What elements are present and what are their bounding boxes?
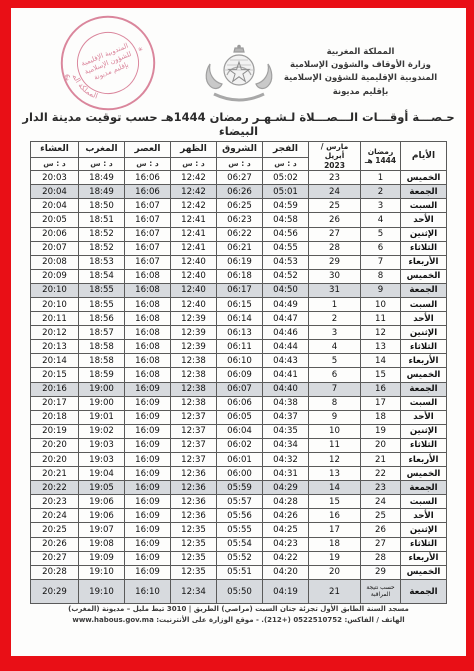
dhuhr-cell: 12:37 — [171, 453, 217, 467]
subheader-fajr: د : س — [263, 157, 309, 170]
sunrise-cell: 06:19 — [217, 255, 263, 269]
fajr-cell: 04:28 — [263, 495, 309, 509]
header-dhuhr: الظهر — [171, 142, 217, 158]
maghrib-cell: 19:04 — [79, 467, 125, 481]
date-cell: 10 — [309, 424, 361, 438]
asr-cell: 16:08 — [125, 297, 171, 311]
dhuhr-cell: 12:39 — [171, 326, 217, 340]
day-cell: الإثنين — [401, 424, 447, 438]
subheader-sunrise: د : س — [217, 157, 263, 170]
asr-cell: 16:09 — [125, 481, 171, 495]
subheader-maghrib: د : س — [79, 157, 125, 170]
fajr-cell: 04:40 — [263, 382, 309, 396]
ramadan-cell: 28 — [361, 551, 401, 565]
maghrib-cell: 19:05 — [79, 481, 125, 495]
isha-cell: 20:03 — [31, 171, 79, 185]
ramadan-cell: 8 — [361, 269, 401, 283]
table-row: الإثنين52704:5606:2212:4116:0718:5220:06 — [31, 227, 447, 241]
day-cell: الثلاثاء — [401, 241, 447, 255]
ramadan-cell: 27 — [361, 537, 401, 551]
table-row: الأحد251604:2605:5612:3616:0919:0620:24 — [31, 509, 447, 523]
table-row: السبت10104:4906:1512:4016:0818:5520:10 — [31, 297, 447, 311]
ramadan-cell: 6 — [361, 241, 401, 255]
dhuhr-cell: 12:40 — [171, 297, 217, 311]
table-row: الخميس221304:3106:0012:3616:0919:0420:21 — [31, 467, 447, 481]
ramadan-cell: 2 — [361, 185, 401, 199]
sunrise-cell: 06:11 — [217, 340, 263, 354]
coat-of-arms-icon — [194, 44, 284, 106]
day-cell: الأحد — [401, 410, 447, 424]
ramadan-cell: 16 — [361, 382, 401, 396]
date-cell: 17 — [309, 523, 361, 537]
table-row: الأحد11204:4706:1412:3916:0818:5620:11 — [31, 312, 447, 326]
date-cell: 29 — [309, 255, 361, 269]
asr-cell: 16:09 — [125, 537, 171, 551]
dhuhr-cell: 12:41 — [171, 227, 217, 241]
day-cell: الجمعة — [401, 481, 447, 495]
table-row: السبت241504:2805:5712:3616:0919:0620:23 — [31, 495, 447, 509]
day-cell: السبت — [401, 297, 447, 311]
ramadan-cell: 26 — [361, 523, 401, 537]
ramadan-cell: 11 — [361, 312, 401, 326]
dhuhr-cell: 12:38 — [171, 368, 217, 382]
maghrib-cell: 18:52 — [79, 227, 125, 241]
sunrise-cell: 06:06 — [217, 396, 263, 410]
date-cell: 8 — [309, 396, 361, 410]
table-row: الجمعة16704:4006:0712:3816:0919:0020:16 — [31, 382, 447, 396]
dhuhr-cell: 12:36 — [171, 495, 217, 509]
isha-cell: 20:28 — [31, 565, 79, 579]
sunrise-cell: 06:10 — [217, 354, 263, 368]
isha-cell: 20:13 — [31, 340, 79, 354]
dhuhr-cell: 12:38 — [171, 396, 217, 410]
dhuhr-cell: 12:37 — [171, 410, 217, 424]
header-gregorian-year: 2023 — [310, 161, 359, 170]
sunrise-cell: 06:25 — [217, 199, 263, 213]
date-cell: 9 — [309, 410, 361, 424]
table-container: الأيام رمضان 1444 هـ مارس / أبريل 2023 ا… — [11, 141, 466, 601]
table-row: الجمعةحسب نتيجة المراقبة2104:1905:5012:3… — [31, 579, 447, 603]
table-row: الثلاثاء13404:4406:1112:3916:0818:5820:1… — [31, 340, 447, 354]
sunrise-cell: 06:15 — [217, 297, 263, 311]
fajr-cell: 04:55 — [263, 241, 309, 255]
fajr-cell: 04:50 — [263, 283, 309, 297]
delegation-line: المندوبية الإقليمية للشؤون الإسلامية — [273, 72, 448, 85]
prayer-times-table: الأيام رمضان 1444 هـ مارس / أبريل 2023 ا… — [30, 141, 447, 604]
header-gregorian-label: مارس / أبريل — [310, 142, 359, 161]
date-cell: 1 — [309, 297, 361, 311]
stamp-star-left: * — [64, 76, 72, 87]
asr-cell: 16:08 — [125, 354, 171, 368]
date-cell: 2 — [309, 312, 361, 326]
day-cell: الخميس — [401, 368, 447, 382]
table-row: الأربعاء281904:2205:5212:3516:0919:0920:… — [31, 551, 447, 565]
isha-cell: 20:08 — [31, 255, 79, 269]
day-cell: الثلاثاء — [401, 340, 447, 354]
header-ramadan: رمضان 1444 هـ — [361, 142, 401, 171]
fajr-cell: 04:56 — [263, 227, 309, 241]
ramadan-cell: 20 — [361, 438, 401, 452]
fajr-cell: 04:52 — [263, 269, 309, 283]
table-row: الثلاثاء62804:5506:2112:4116:0718:5220:0… — [31, 241, 447, 255]
asr-cell: 16:09 — [125, 551, 171, 565]
maghrib-cell: 19:08 — [79, 537, 125, 551]
table-row: الخميس12305:0206:2712:4216:0618:4920:03 — [31, 171, 447, 185]
asr-cell: 16:09 — [125, 495, 171, 509]
maghrib-cell: 18:58 — [79, 354, 125, 368]
sunrise-cell: 06:26 — [217, 185, 263, 199]
dhuhr-cell: 12:35 — [171, 551, 217, 565]
stamp-star-right: * — [137, 46, 145, 57]
sunrise-cell: 06:13 — [217, 326, 263, 340]
ministry-line: وزارة الأوقاف والشؤون الإسلامية — [273, 59, 448, 72]
isha-cell: 20:07 — [31, 241, 79, 255]
dhuhr-cell: 12:35 — [171, 565, 217, 579]
ramadan-cell: 25 — [361, 509, 401, 523]
day-cell: الإثنين — [401, 227, 447, 241]
maghrib-cell: 19:00 — [79, 396, 125, 410]
date-cell: 12 — [309, 453, 361, 467]
maghrib-cell: 18:59 — [79, 368, 125, 382]
dhuhr-cell: 12:34 — [171, 579, 217, 603]
header-days: الأيام — [401, 142, 447, 171]
day-cell: الأحد — [401, 312, 447, 326]
maghrib-cell: 18:50 — [79, 199, 125, 213]
ramadan-cell: 18 — [361, 410, 401, 424]
maghrib-cell: 18:53 — [79, 255, 125, 269]
table-row: الأحد18904:3706:0512:3716:0919:0120:18 — [31, 410, 447, 424]
date-cell: 26 — [309, 213, 361, 227]
isha-cell: 20:26 — [31, 537, 79, 551]
asr-cell: 16:07 — [125, 255, 171, 269]
isha-cell: 20:29 — [31, 579, 79, 603]
day-cell: الجمعة — [401, 579, 447, 603]
date-cell: 25 — [309, 199, 361, 213]
document-header: المملكة المغربية وزارة الأوقاف والشؤون ا… — [11, 8, 466, 108]
dhuhr-cell: 12:35 — [171, 523, 217, 537]
ramadan-cell: 14 — [361, 354, 401, 368]
date-cell: 23 — [309, 171, 361, 185]
sunrise-cell: 05:52 — [217, 551, 263, 565]
day-cell: الأربعاء — [401, 453, 447, 467]
asr-cell: 16:09 — [125, 382, 171, 396]
isha-cell: 20:04 — [31, 199, 79, 213]
sunrise-cell: 06:04 — [217, 424, 263, 438]
fajr-cell: 05:02 — [263, 171, 309, 185]
ramadan-cell: 17 — [361, 396, 401, 410]
isha-cell: 20:23 — [31, 495, 79, 509]
table-row: الثلاثاء271804:2305:5412:3516:0919:0820:… — [31, 537, 447, 551]
table-row: الثلاثاء201104:3406:0212:3716:0919:0320:… — [31, 438, 447, 452]
ramadan-cell: 19 — [361, 424, 401, 438]
ramadan-cell: 29 — [361, 565, 401, 579]
asr-cell: 16:09 — [125, 396, 171, 410]
maghrib-cell: 19:03 — [79, 438, 125, 452]
asr-cell: 16:07 — [125, 199, 171, 213]
isha-cell: 20:19 — [31, 424, 79, 438]
fajr-cell: 04:46 — [263, 326, 309, 340]
fajr-cell: 04:59 — [263, 199, 309, 213]
asr-cell: 16:08 — [125, 312, 171, 326]
table-row: الجمعة231404:2905:5912:3616:0919:0520:22 — [31, 481, 447, 495]
subheader-dhuhr: د : س — [171, 157, 217, 170]
sunrise-cell: 06:07 — [217, 382, 263, 396]
date-cell: 11 — [309, 438, 361, 452]
table-row: الخميس83004:5206:1812:4016:0818:5420:09 — [31, 269, 447, 283]
dhuhr-cell: 12:36 — [171, 509, 217, 523]
sunrise-cell: 05:50 — [217, 579, 263, 603]
isha-cell: 20:21 — [31, 467, 79, 481]
ramadan-cell: 22 — [361, 467, 401, 481]
day-cell: الخميس — [401, 269, 447, 283]
day-cell: الجمعة — [401, 283, 447, 297]
maghrib-cell: 18:57 — [79, 326, 125, 340]
ramadan-cell: 24 — [361, 495, 401, 509]
table-row: الأحد42604:5806:2312:4116:0718:5120:05 — [31, 213, 447, 227]
day-cell: الأربعاء — [401, 551, 447, 565]
subheader-asr: د : س — [125, 157, 171, 170]
date-cell: 27 — [309, 227, 361, 241]
table-row: الأربعاء211204:3206:0112:3716:0919:0320:… — [31, 453, 447, 467]
sunrise-cell: 06:22 — [217, 227, 263, 241]
fajr-cell: 04:43 — [263, 354, 309, 368]
date-cell: 30 — [309, 269, 361, 283]
maghrib-cell: 19:02 — [79, 424, 125, 438]
table-row: السبت17804:3806:0612:3816:0919:0020:17 — [31, 396, 447, 410]
ramadan-cell: حسب نتيجة المراقبة — [361, 579, 401, 603]
footer-address: مسجد السنة الطابق الأول تجزئة جنان السبت… — [11, 604, 466, 615]
table-row: الخميس15604:4106:0912:3816:0818:5920:15 — [31, 368, 447, 382]
fajr-cell: 04:25 — [263, 523, 309, 537]
isha-cell: 20:11 — [31, 312, 79, 326]
isha-cell: 20:12 — [31, 326, 79, 340]
header-ramadan-label: رمضان — [362, 147, 399, 156]
fajr-cell: 04:44 — [263, 340, 309, 354]
fajr-cell: 04:19 — [263, 579, 309, 603]
ramadan-cell: 10 — [361, 297, 401, 311]
sunrise-cell: 06:02 — [217, 438, 263, 452]
date-cell: 18 — [309, 537, 361, 551]
stamp-arc-top-text: وزارة الأوقاف والشؤون الإسلامية — [31, 16, 71, 87]
sunrise-cell: 05:55 — [217, 523, 263, 537]
ramadan-cell: 21 — [361, 453, 401, 467]
sunrise-cell: 06:18 — [217, 269, 263, 283]
fajr-cell: 04:26 — [263, 509, 309, 523]
asr-cell: 16:06 — [125, 171, 171, 185]
date-cell: 21 — [309, 579, 361, 603]
table-row: الأربعاء14504:4306:1012:3816:0818:5820:1… — [31, 354, 447, 368]
sunrise-cell: 06:14 — [217, 312, 263, 326]
dhuhr-cell: 12:36 — [171, 481, 217, 495]
table-row: الإثنين261704:2505:5512:3516:0919:0720:2… — [31, 523, 447, 537]
fajr-cell: 04:34 — [263, 438, 309, 452]
date-cell: 13 — [309, 467, 361, 481]
ramadan-cell: 9 — [361, 283, 401, 297]
dhuhr-cell: 12:42 — [171, 185, 217, 199]
dhuhr-cell: 12:40 — [171, 255, 217, 269]
day-cell: الأربعاء — [401, 354, 447, 368]
dhuhr-cell: 12:38 — [171, 354, 217, 368]
ministry-website: www.habous.gov.ma — [72, 616, 153, 624]
header-gregorian: مارس / أبريل 2023 — [309, 142, 361, 171]
table-header: الأيام رمضان 1444 هـ مارس / أبريل 2023 ا… — [31, 142, 447, 171]
asr-cell: 16:06 — [125, 185, 171, 199]
table-row: الإثنين12304:4606:1312:3916:0818:5720:12 — [31, 326, 447, 340]
dhuhr-cell: 12:39 — [171, 340, 217, 354]
fajr-cell: 04:23 — [263, 537, 309, 551]
document-page: المملكة المغربية وزارة الأوقاف والشؤون ا… — [0, 0, 474, 671]
date-cell: 5 — [309, 354, 361, 368]
day-cell: السبت — [401, 199, 447, 213]
day-cell: الإثنين — [401, 326, 447, 340]
dhuhr-cell: 12:36 — [171, 467, 217, 481]
date-cell: 16 — [309, 509, 361, 523]
fajr-cell: 04:41 — [263, 368, 309, 382]
dhuhr-cell: 12:40 — [171, 283, 217, 297]
dhuhr-cell: 12:35 — [171, 537, 217, 551]
isha-cell: 20:25 — [31, 523, 79, 537]
day-cell: السبت — [401, 495, 447, 509]
ramadan-cell: 1 — [361, 171, 401, 185]
isha-cell: 20:27 — [31, 551, 79, 565]
day-cell: الثلاثاء — [401, 438, 447, 452]
isha-cell: 20:18 — [31, 410, 79, 424]
day-cell: الأحد — [401, 213, 447, 227]
sunrise-cell: 06:09 — [217, 368, 263, 382]
fajr-cell: 04:35 — [263, 424, 309, 438]
dhuhr-cell: 12:42 — [171, 171, 217, 185]
maghrib-cell: 18:55 — [79, 283, 125, 297]
ramadan-cell: 7 — [361, 255, 401, 269]
maghrib-cell: 19:06 — [79, 509, 125, 523]
date-cell: 24 — [309, 185, 361, 199]
ramadan-cell: 3 — [361, 199, 401, 213]
fajr-cell: 04:38 — [263, 396, 309, 410]
day-cell: الثلاثاء — [401, 537, 447, 551]
sunrise-cell: 05:59 — [217, 481, 263, 495]
asr-cell: 16:09 — [125, 523, 171, 537]
fajr-cell: 04:20 — [263, 565, 309, 579]
dhuhr-cell: 12:42 — [171, 199, 217, 213]
isha-cell: 20:14 — [31, 354, 79, 368]
isha-cell: 20:24 — [31, 509, 79, 523]
maghrib-cell: 18:49 — [79, 171, 125, 185]
sunrise-cell: 05:57 — [217, 495, 263, 509]
ramadan-cell: 4 — [361, 213, 401, 227]
province-line: بإقليم مديونة — [273, 86, 448, 99]
isha-cell: 20:20 — [31, 453, 79, 467]
maghrib-cell: 19:09 — [79, 551, 125, 565]
ramadan-cell: 15 — [361, 368, 401, 382]
isha-cell: 20:05 — [31, 213, 79, 227]
maghrib-cell: 18:51 — [79, 213, 125, 227]
isha-cell: 20:16 — [31, 382, 79, 396]
table-row: السبت32504:5906:2512:4216:0718:5020:04 — [31, 199, 447, 213]
ramadan-cell: 23 — [361, 481, 401, 495]
fajr-cell: 04:29 — [263, 481, 309, 495]
asr-cell: 16:08 — [125, 326, 171, 340]
table-row: الخميس292004:2005:5112:3516:0919:1020:28 — [31, 565, 447, 579]
date-cell: 3 — [309, 326, 361, 340]
dhuhr-cell: 12:39 — [171, 312, 217, 326]
header-fajr: الفجر — [263, 142, 309, 158]
maghrib-cell: 18:54 — [79, 269, 125, 283]
asr-cell: 16:09 — [125, 410, 171, 424]
day-cell: الجمعة — [401, 185, 447, 199]
fajr-cell: 04:49 — [263, 297, 309, 311]
asr-cell: 16:10 — [125, 579, 171, 603]
asr-cell: 16:08 — [125, 283, 171, 297]
isha-cell: 20:22 — [31, 481, 79, 495]
dhuhr-cell: 12:41 — [171, 241, 217, 255]
day-cell: الأربعاء — [401, 255, 447, 269]
footer-contact-label: الهاتف / الفاكس: 0522510752 (+212). - مو… — [156, 616, 404, 624]
asr-cell: 16:09 — [125, 438, 171, 452]
header-maghrib: المغرب — [79, 142, 125, 158]
header-ramadan-year: 1444 هـ — [362, 156, 399, 165]
maghrib-cell: 19:00 — [79, 382, 125, 396]
asr-cell: 16:09 — [125, 467, 171, 481]
dhuhr-cell: 12:37 — [171, 424, 217, 438]
maghrib-cell: 19:07 — [79, 523, 125, 537]
isha-cell: 20:09 — [31, 269, 79, 283]
fajr-cell: 05:01 — [263, 185, 309, 199]
date-cell: 4 — [309, 340, 361, 354]
date-cell: 15 — [309, 495, 361, 509]
isha-cell: 20:10 — [31, 297, 79, 311]
asr-cell: 16:07 — [125, 227, 171, 241]
day-cell: الخميس — [401, 565, 447, 579]
sunrise-cell: 05:54 — [217, 537, 263, 551]
asr-cell: 16:09 — [125, 424, 171, 438]
dhuhr-cell: 12:41 — [171, 213, 217, 227]
sunrise-cell: 06:00 — [217, 467, 263, 481]
maghrib-cell: 18:52 — [79, 241, 125, 255]
fajr-cell: 04:37 — [263, 410, 309, 424]
ministry-text-block: المملكة المغربية وزارة الأوقاف والشؤون ا… — [273, 46, 448, 99]
dhuhr-cell: 12:40 — [171, 269, 217, 283]
day-cell: السبت — [401, 396, 447, 410]
asr-cell: 16:09 — [125, 565, 171, 579]
maghrib-cell: 18:58 — [79, 340, 125, 354]
sunrise-cell: 06:27 — [217, 171, 263, 185]
header-asr: العصر — [125, 142, 171, 158]
kingdom-line: المملكة المغربية — [273, 46, 448, 59]
date-cell: 19 — [309, 551, 361, 565]
sunrise-cell: 06:21 — [217, 241, 263, 255]
maghrib-cell: 19:10 — [79, 579, 125, 603]
table-row: الجمعة93104:5006:1712:4016:0818:5520:10 — [31, 283, 447, 297]
maghrib-cell: 19:03 — [79, 453, 125, 467]
maghrib-cell: 18:49 — [79, 185, 125, 199]
sunrise-cell: 05:51 — [217, 565, 263, 579]
date-cell: 28 — [309, 241, 361, 255]
day-cell: الجمعة — [401, 382, 447, 396]
table-row: الإثنين191004:3506:0412:3716:0919:0220:1… — [31, 424, 447, 438]
asr-cell: 16:09 — [125, 453, 171, 467]
maghrib-cell: 18:56 — [79, 312, 125, 326]
maghrib-cell: 18:55 — [79, 297, 125, 311]
fajr-cell: 04:22 — [263, 551, 309, 565]
date-cell: 20 — [309, 565, 361, 579]
table-row: الأربعاء72904:5306:1912:4016:0718:5320:0… — [31, 255, 447, 269]
isha-cell: 20:17 — [31, 396, 79, 410]
fajr-cell: 04:32 — [263, 453, 309, 467]
date-cell: 31 — [309, 283, 361, 297]
asr-cell: 16:07 — [125, 241, 171, 255]
day-cell: الأحد — [401, 509, 447, 523]
sunrise-cell: 06:01 — [217, 453, 263, 467]
